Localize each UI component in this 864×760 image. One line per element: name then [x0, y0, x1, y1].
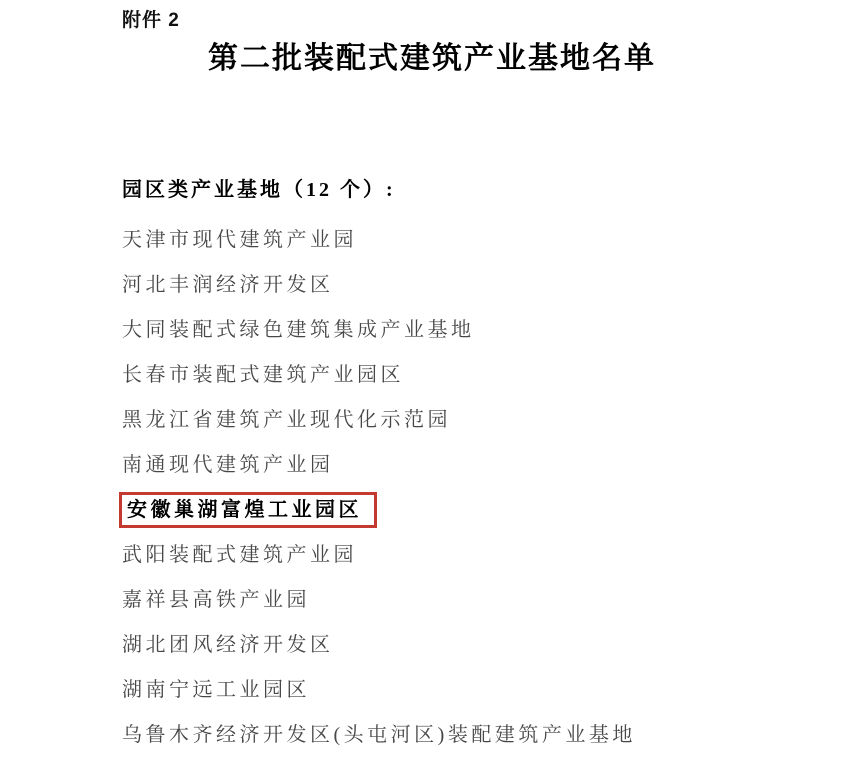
base-name: 武阳装配式建筑产业园 [122, 541, 357, 569]
list-item: 南通现代建筑产业园 [122, 442, 636, 487]
list-item: 河北丰润经济开发区 [122, 262, 636, 307]
list-item: 大同装配式绿色建筑集成产业基地 [122, 307, 636, 352]
list-item: 长春市装配式建筑产业园区 [122, 352, 636, 397]
list-item: 天津市现代建筑产业园 [122, 217, 636, 262]
base-name: 长春市装配式建筑产业园区 [122, 361, 404, 389]
document-page: 附件 2 第二批装配式建筑产业基地名单 园区类产业基地（12 个）: 天津市现代… [0, 0, 864, 760]
base-name: 河北丰润经济开发区 [122, 271, 334, 299]
base-name: 天津市现代建筑产业园 [122, 226, 357, 254]
section-header: 园区类产业基地（12 个）: [122, 176, 396, 204]
list-item: 武阳装配式建筑产业园 [122, 532, 636, 577]
base-name: 大同装配式绿色建筑集成产业基地 [122, 316, 475, 344]
list-item: 安徽巢湖富煌工业园区 [122, 487, 636, 532]
base-name: 嘉祥县高铁产业园 [122, 586, 310, 614]
attachment-label: 附件 2 [122, 5, 180, 32]
base-name: 湖北团风经济开发区 [122, 631, 334, 659]
list-item: 乌鲁木齐经济开发区(头屯河区)装配建筑产业基地 [122, 712, 636, 757]
base-name: 湖南宁远工业园区 [122, 676, 310, 704]
highlighted-base-name: 安徽巢湖富煌工业园区 [119, 492, 377, 528]
base-list: 天津市现代建筑产业园河北丰润经济开发区大同装配式绿色建筑集成产业基地长春市装配式… [122, 217, 636, 757]
base-name: 黑龙江省建筑产业现代化示范园 [122, 406, 451, 434]
base-name: 南通现代建筑产业园 [122, 451, 334, 479]
list-item: 湖南宁远工业园区 [122, 667, 636, 712]
list-item: 湖北团风经济开发区 [122, 622, 636, 667]
list-item: 黑龙江省建筑产业现代化示范园 [122, 397, 636, 442]
page-title: 第二批装配式建筑产业基地名单 [0, 41, 864, 77]
list-item: 嘉祥县高铁产业园 [122, 577, 636, 622]
base-name: 乌鲁木齐经济开发区(头屯河区)装配建筑产业基地 [122, 721, 636, 749]
